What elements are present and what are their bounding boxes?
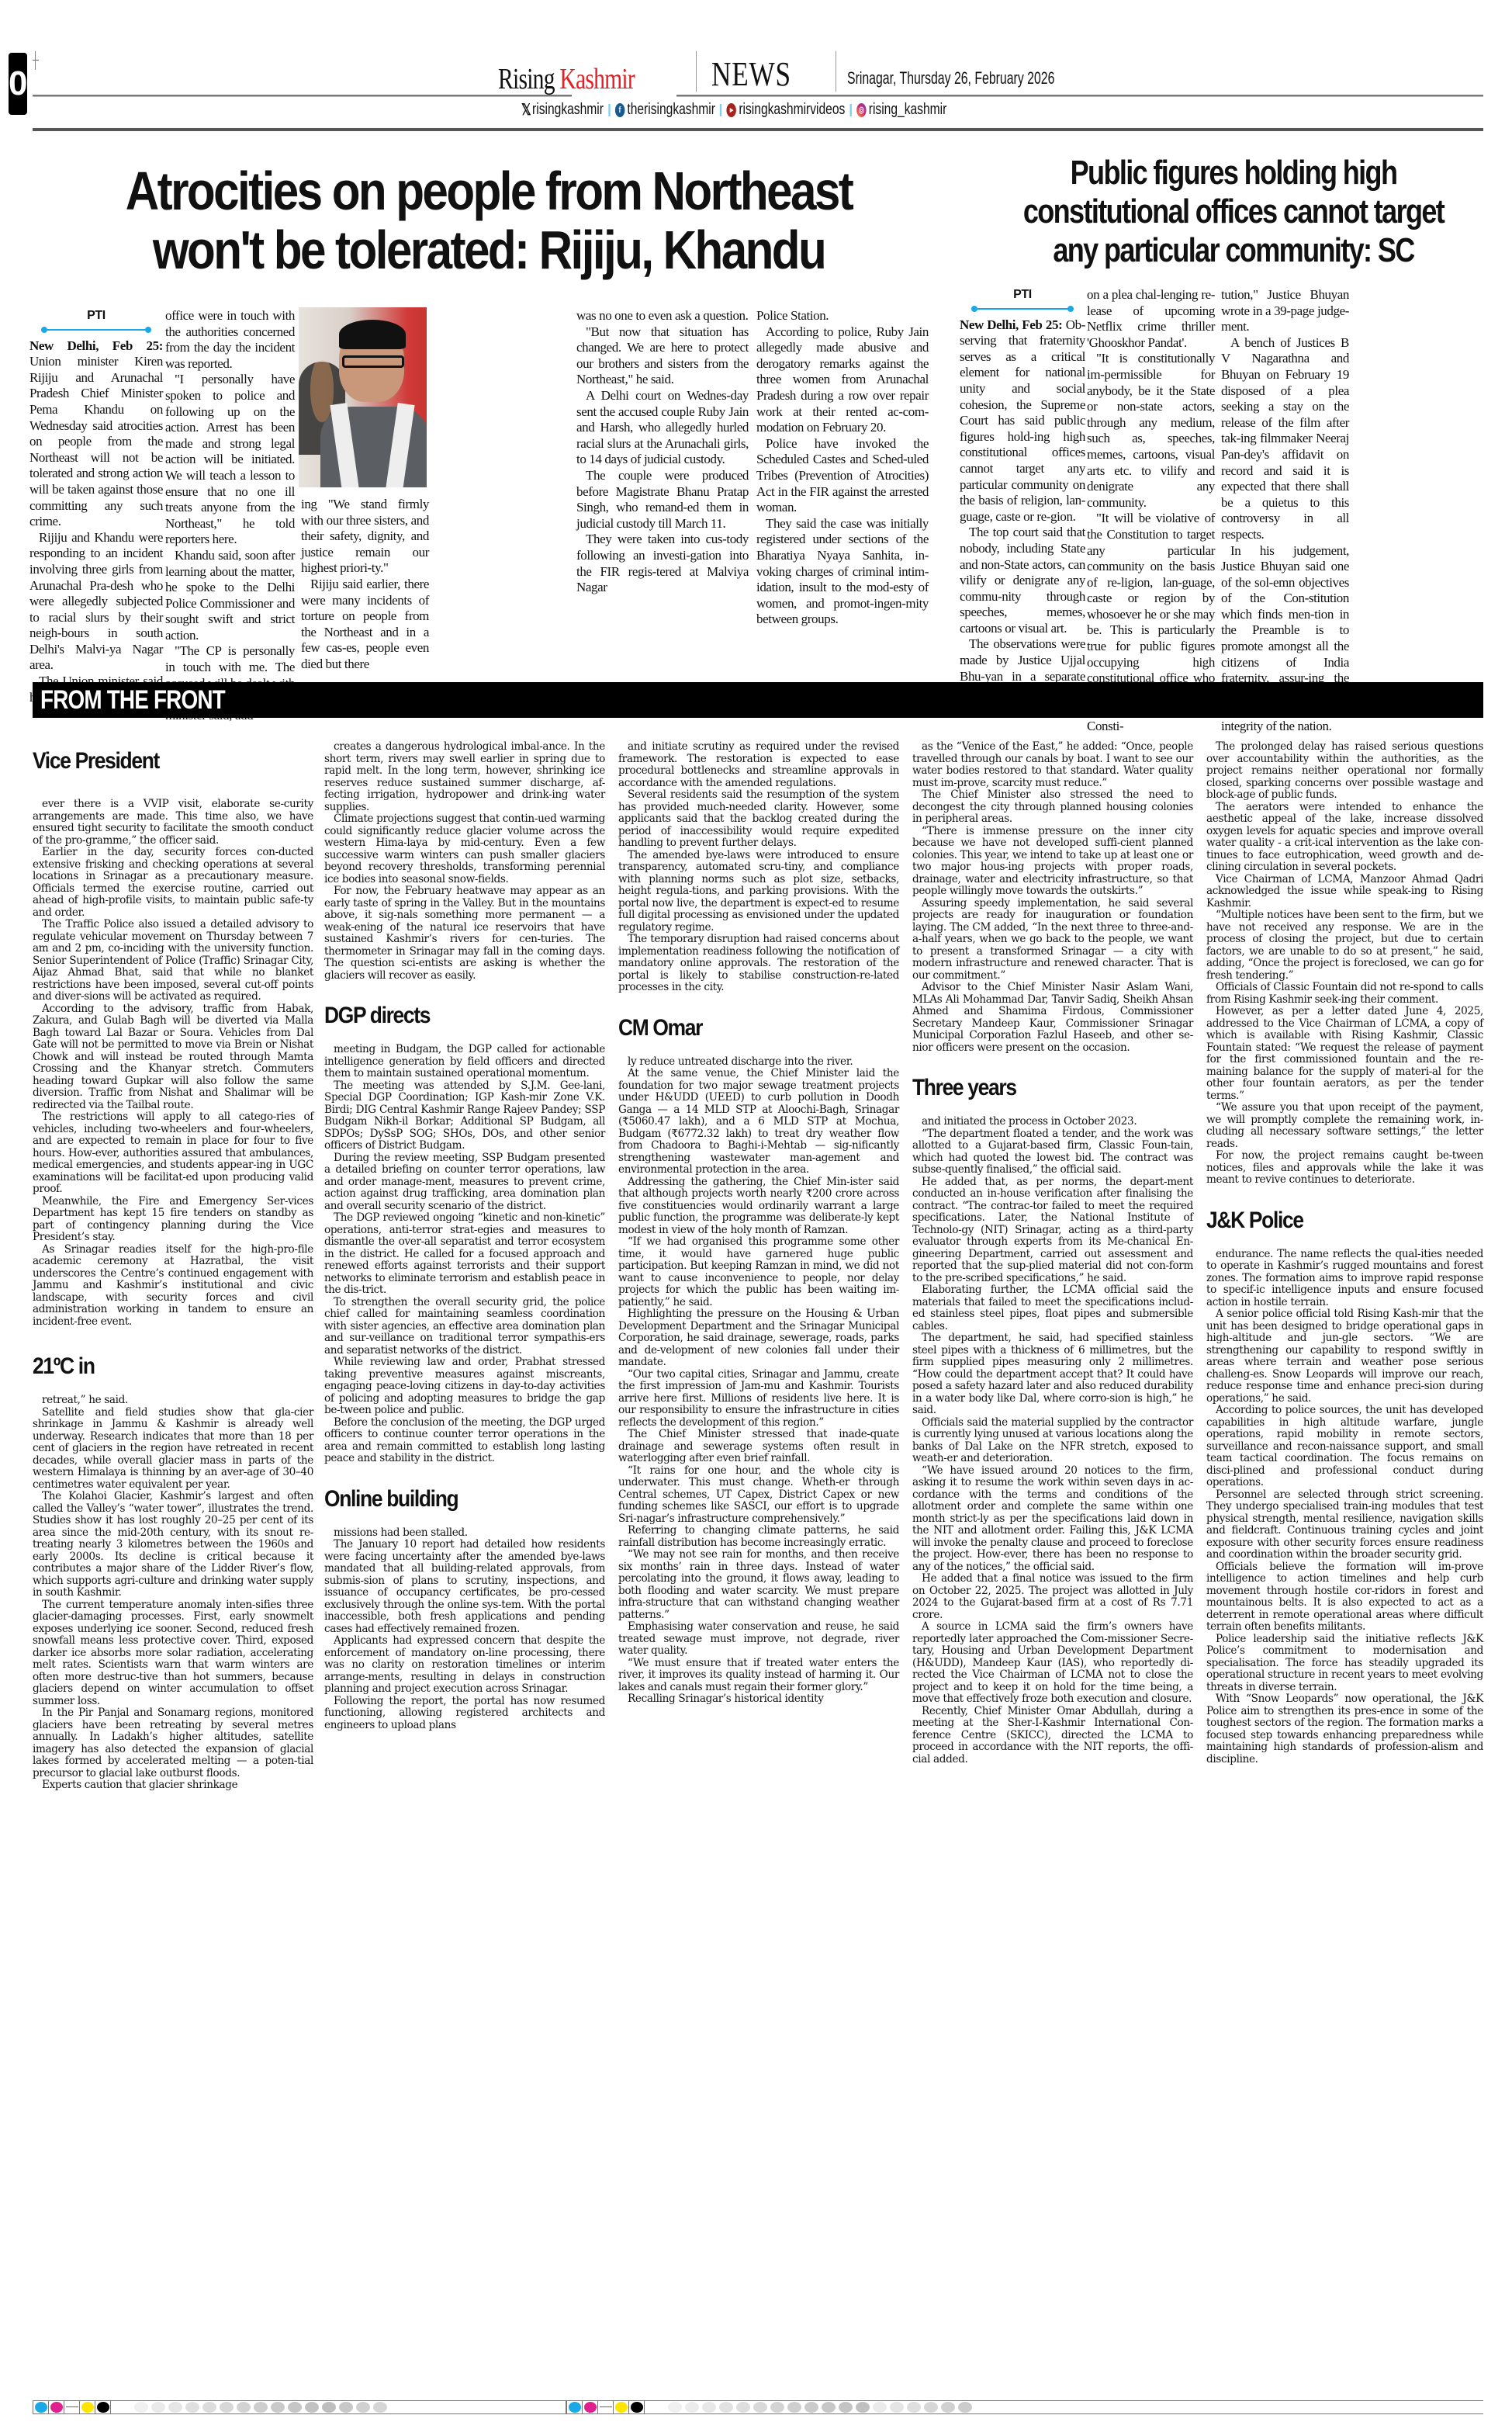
byline: PTI xyxy=(960,287,1085,303)
jump-paragraph: At the same venue, the Chief Minister la… xyxy=(618,1068,899,1176)
jump-paragraph: Officials of Classic Fountain did not re… xyxy=(1206,982,1483,1006)
jump-heading-21c[interactable]: 21ºC in xyxy=(33,1351,280,1382)
brand-rising: Rising xyxy=(498,63,555,95)
side-paragraph: New Delhi, Feb 25: Ob-serving that frate… xyxy=(960,317,1085,525)
jump-paragraph: creates a dangerous hydrological imbal-a… xyxy=(324,741,605,813)
print-color-bar xyxy=(33,2400,1483,2414)
jump-paragraph: Emphasising water conservation and reuse… xyxy=(618,1621,899,1658)
jump-paragraph: Earlier in the day, security forces con-… xyxy=(33,847,313,919)
yellow-swatch xyxy=(79,2400,95,2414)
social-separator xyxy=(850,104,852,116)
jump-paragraph: The Chief Minister also stressed the nee… xyxy=(912,789,1193,826)
jump-paragraph: The department, he said, had specified s… xyxy=(912,1332,1193,1417)
side-paragraph: "It is constitutionally im-permissible f… xyxy=(1087,351,1215,511)
grey-density-scale xyxy=(668,2402,972,2413)
front-col-1: Vice President ever there is a VVIP visi… xyxy=(33,741,313,1792)
jump-paragraph: The Traffic Police also issued a detaile… xyxy=(33,919,313,1003)
jump-heading-cm-omar[interactable]: CM Omar xyxy=(618,1013,866,1044)
side-col-3: tution," Justice Bhuyan wrote in a 39-pa… xyxy=(1221,287,1349,735)
jump-paragraph: Advisor to the Chief Minister Nasir Asla… xyxy=(912,982,1193,1054)
jump-paragraph: “We must ensure that if treated water en… xyxy=(618,1658,899,1694)
jump-paragraph: He added that a final notice was issued … xyxy=(912,1573,1193,1621)
side-paragraph: on a plea chal-lenging re-lease of upcom… xyxy=(1087,287,1215,351)
side-paragraph: A bench of Justices B V Nagarathna and B… xyxy=(1221,335,1349,543)
lead-paragraph: The couple were produced before Magistra… xyxy=(576,468,749,532)
social-facebook-handle[interactable]: therisingkashmir xyxy=(627,101,715,119)
jump-paragraph: Following the report, the portal has now… xyxy=(324,1696,605,1732)
jump-paragraph: Personnel are selected through strict sc… xyxy=(1206,1489,1483,1561)
lead-col-5: Police Station. According to police, Rub… xyxy=(756,308,929,628)
lead-paragraph: Police Station. xyxy=(756,308,929,324)
jump-paragraph: While reviewing law and order, Prabhat s… xyxy=(324,1357,605,1417)
byline-rule xyxy=(43,329,149,331)
jump-paragraph: “It rains for one hour, and the whole ci… xyxy=(618,1465,899,1526)
jump-paragraph: The Kolahoi Glacier, Kashmir’s largest a… xyxy=(33,1491,313,1599)
jump-paragraph: For now, the project remains caught be-t… xyxy=(1206,1150,1483,1187)
lead-paragraph: According to police, Ruby Jain allegedly… xyxy=(756,324,929,436)
jump-paragraph: As Srinagar readies itself for the high-… xyxy=(33,1244,313,1329)
social-youtube-handle[interactable]: risingkashmirvideos xyxy=(739,101,845,119)
instagram-icon: ◎ xyxy=(856,103,866,117)
jump-paragraph: The prolonged delay has raised serious q… xyxy=(1206,741,1483,802)
lead-col-2: office were in touch with the authoritie… xyxy=(165,308,295,723)
side-headline[interactable]: Public figures holding high constitution… xyxy=(1011,154,1456,270)
lead-paragraph: Rijiju and Khandu were responding to an … xyxy=(29,530,163,674)
jump-paragraph: Referring to changing climate patterns, … xyxy=(618,1525,899,1549)
jump-paragraph: Climate projections suggest that contin-… xyxy=(324,813,605,885)
jump-paragraph: missions had been stalled. xyxy=(324,1527,605,1540)
magenta-swatch xyxy=(48,2400,64,2414)
jump-paragraph: Satellite and field studies show that gl… xyxy=(33,1407,313,1492)
jump-paragraph: During the review meeting, SSP Budgam pr… xyxy=(324,1152,605,1213)
jump-paragraph: Addressing the gathering, the Chief Min-… xyxy=(618,1176,899,1237)
masthead-rule xyxy=(676,95,1483,97)
social-instagram-handle[interactable]: rising_kashmir xyxy=(869,101,947,119)
jump-paragraph: “Multiple notices have been sent to the … xyxy=(1206,910,1483,982)
byline-rule xyxy=(974,308,1071,310)
jump-paragraph: In the Pir Panjal and Sonamarg regions, … xyxy=(33,1707,313,1779)
story-dateline: New Delhi, Feb 25: xyxy=(29,338,163,353)
header-rule xyxy=(33,128,1483,131)
jump-heading-vice-president[interactable]: Vice President xyxy=(33,746,280,777)
lead-paragraph: ing "We stand firmly with our three sist… xyxy=(301,497,429,577)
jump-paragraph: Officials said the material supplied by … xyxy=(912,1417,1193,1465)
cmyk-swatches xyxy=(566,2400,645,2414)
jump-paragraph: Highlighting the pressure on the Housing… xyxy=(618,1308,899,1369)
lead-paragraph: was no one to even ask a question. xyxy=(576,308,749,324)
jump-paragraph: The amended bye-laws were introduced to … xyxy=(618,850,899,934)
masthead-rule xyxy=(33,95,572,97)
jump-paragraph: With “Snow Leopards” now operational, th… xyxy=(1206,1693,1483,1765)
cyan-swatch xyxy=(33,2400,48,2414)
jump-paragraph: ever there is a VVIP visit, elaborate se… xyxy=(33,799,313,847)
jump-paragraph: Recently, Chief Minister Omar Abdullah, … xyxy=(912,1706,1193,1766)
jump-paragraph: A senior police official told Rising Kas… xyxy=(1206,1308,1483,1405)
brand-kashmir: Kashmir xyxy=(559,63,635,95)
page-number: 08 xyxy=(9,53,27,115)
jump-paragraph: Elaborating further, the LCMA official s… xyxy=(912,1284,1193,1332)
lead-col-4: was no one to even ask a question. "But … xyxy=(576,308,749,596)
jump-heading-jk-police[interactable]: J&K Police xyxy=(1206,1205,1450,1236)
lead-headline[interactable]: Atrocities on people from Northeast won'… xyxy=(95,161,883,279)
jump-paragraph: The meeting was attended by S.J.M. Gee-l… xyxy=(324,1080,605,1152)
lead-paragraph: New Delhi, Feb 25: Union minister Kiren … xyxy=(29,338,163,530)
front-col-2: creates a dangerous hydrological imbal-a… xyxy=(324,741,605,1731)
lead-paragraph: Police have invoked the Scheduled Castes… xyxy=(756,436,929,516)
jump-paragraph: Several residents said the resumption of… xyxy=(618,789,899,850)
byline: PTI xyxy=(29,308,163,324)
social-links: 𝕏risingkashmir ftherisingkashmir ▸rising… xyxy=(521,101,946,119)
jump-paragraph: and initiated the process in October 202… xyxy=(912,1116,1193,1128)
jump-paragraph: meeting in Budgam, the DGP called for ac… xyxy=(324,1044,605,1080)
lead-photo-rijiju[interactable] xyxy=(299,307,427,487)
registration-cross xyxy=(64,2400,79,2414)
jump-paragraph: The Chief Minister stressed that inade-q… xyxy=(618,1429,899,1465)
side-col-1: PTI New Delhi, Feb 25: Ob-serving that f… xyxy=(960,287,1085,701)
jump-paragraph: “If we had organised this programme some… xyxy=(618,1236,899,1308)
front-col-3: and initiate scrutiny as required under … xyxy=(618,741,899,1706)
front-col-5: The prolonged delay has raised serious q… xyxy=(1206,741,1483,1765)
page-dateline: Srinagar, Thursday 26, February 2026 xyxy=(847,68,1054,88)
jump-paragraph: The aerators were intended to enhance th… xyxy=(1206,802,1483,874)
from-the-front-banner: FROM THE FRONT xyxy=(33,682,1483,718)
newspaper-logo[interactable]: Rising Kashmir xyxy=(498,62,635,96)
jump-paragraph: “We may not see rain for months, and the… xyxy=(618,1549,899,1621)
lead-paragraph: Khandu said, soon after learning about t… xyxy=(165,548,295,644)
youtube-icon: ▸ xyxy=(727,103,736,117)
facebook-icon: f xyxy=(615,103,625,117)
jump-paragraph: ly reduce untreated discharge into the r… xyxy=(618,1056,899,1069)
cmyk-swatches xyxy=(33,2400,111,2414)
jump-paragraph: “The department floated a tender, and th… xyxy=(912,1128,1193,1176)
jump-paragraph: “We have issued around 20 notices to the… xyxy=(912,1465,1193,1574)
side-paragraph: The top court said that nobody, includin… xyxy=(960,525,1085,636)
jump-paragraph: and initiate scrutiny as required under … xyxy=(618,741,899,789)
jump-paragraph: Vice Chairman of LCMA, Manzoor Ahmad Qad… xyxy=(1206,874,1483,910)
jump-paragraph: Meanwhile, the Fire and Emergency Ser-vi… xyxy=(33,1196,313,1244)
jump-heading-dgp-directs[interactable]: DGP directs xyxy=(324,1000,572,1031)
jump-paragraph: According to the advisory, traffic from … xyxy=(33,1003,313,1112)
grey-density-scale xyxy=(134,2402,387,2413)
jump-heading-three-years[interactable]: Three years xyxy=(912,1072,1160,1104)
lead-paragraph: A Delhi court on Wednes-day sent the acc… xyxy=(576,388,749,468)
lead-paragraph: "But now that situation has changed. We … xyxy=(576,324,749,388)
lead-headline-line1: Atrocities on people from Northeast xyxy=(95,161,883,220)
jump-paragraph: Recalling Srinagar’s historical identity xyxy=(618,1693,899,1706)
jump-paragraph: Experts caution that glacier shrinkage xyxy=(33,1779,313,1792)
lead-col-1: PTI New Delhi, Feb 25: Union minister Ki… xyxy=(29,308,163,705)
social-separator xyxy=(720,104,721,116)
jump-paragraph: “There is immense pressure on the inner … xyxy=(912,826,1193,898)
masthead: Rising Kashmir NEWS Srinagar, Thursday 2… xyxy=(33,47,1483,132)
lead-paragraph: They were taken into cus-tody following … xyxy=(576,532,749,595)
section-label: NEWS xyxy=(711,54,791,94)
jump-heading-online-building[interactable]: Online building xyxy=(324,1484,572,1515)
jump-paragraph: A source in LCMA said the firm’s owners … xyxy=(912,1621,1193,1706)
side-col-2: on a plea chal-lenging re-lease of upcom… xyxy=(1087,287,1215,735)
social-x-handle[interactable]: risingkashmir xyxy=(532,101,604,119)
section-banner-title: FROM THE FRONT xyxy=(40,685,225,716)
jump-paragraph: The restrictions will apply to all categ… xyxy=(33,1111,313,1196)
front-col-4: as the “Venice of the East,” he added: “… xyxy=(912,741,1193,1765)
lead-paragraph: "I personally have spoken to police and … xyxy=(165,372,295,548)
jump-paragraph: The current temperature anomaly inten-si… xyxy=(33,1599,313,1708)
story-dateline: New Delhi, Feb 25: xyxy=(960,317,1062,332)
lead-paragraph: office were in touch with the authoritie… xyxy=(165,308,295,372)
jump-paragraph: “We assure you that upon receipt of the … xyxy=(1206,1102,1483,1150)
side-paragraph: tution," Justice Bhuyan wrote in a 39-pa… xyxy=(1221,287,1349,335)
lead-headline-line2: won't be tolerated: Rijiju, Khandu xyxy=(95,220,883,279)
jump-paragraph: Before the conclusion of the meeting, th… xyxy=(324,1417,605,1465)
jump-paragraph: The temporary disruption had raised conc… xyxy=(618,934,899,994)
jump-paragraph: He added that, as per norms, the depart-… xyxy=(912,1176,1193,1285)
black-swatch xyxy=(95,2400,110,2414)
jump-paragraph: The January 10 report had detailed how r… xyxy=(324,1539,605,1635)
jump-paragraph: According to police sources, the unit ha… xyxy=(1206,1405,1483,1489)
jump-paragraph: For now, the February heatwave may appea… xyxy=(324,885,605,982)
jump-paragraph: Officials believe the formation will im-… xyxy=(1206,1561,1483,1634)
masthead-divider xyxy=(696,51,697,92)
lead-col-3: ing "We stand firmly with our three sist… xyxy=(301,497,429,673)
jump-paragraph: Applicants had expressed concern that de… xyxy=(324,1635,605,1696)
social-separator xyxy=(608,104,610,116)
jump-paragraph: However, as per a letter dated June 4, 2… xyxy=(1206,1006,1483,1102)
jump-paragraph: The DGP reviewed ongoing “kinetic and no… xyxy=(324,1212,605,1297)
lead-paragraph: They said the case was initially registe… xyxy=(756,516,929,628)
jump-paragraph: “Our two capital cities, Srinagar and Ja… xyxy=(618,1369,899,1429)
jump-paragraph: endurance. The name reflects the qual-it… xyxy=(1206,1249,1483,1309)
jump-paragraph: Police leadership said the initiative re… xyxy=(1206,1634,1483,1694)
lead-paragraph: Rijiju said earlier, there were many inc… xyxy=(301,577,429,673)
jump-paragraph: To strengthen the overall security grid,… xyxy=(324,1297,605,1357)
masthead-divider xyxy=(836,51,836,92)
x-icon: 𝕏 xyxy=(521,103,530,117)
jump-paragraph: Assuring speedy implementation, he said … xyxy=(912,898,1193,982)
jump-paragraph: as the “Venice of the East,” he added: “… xyxy=(912,741,1193,789)
jump-paragraph: retreat,” he said. xyxy=(33,1395,313,1407)
